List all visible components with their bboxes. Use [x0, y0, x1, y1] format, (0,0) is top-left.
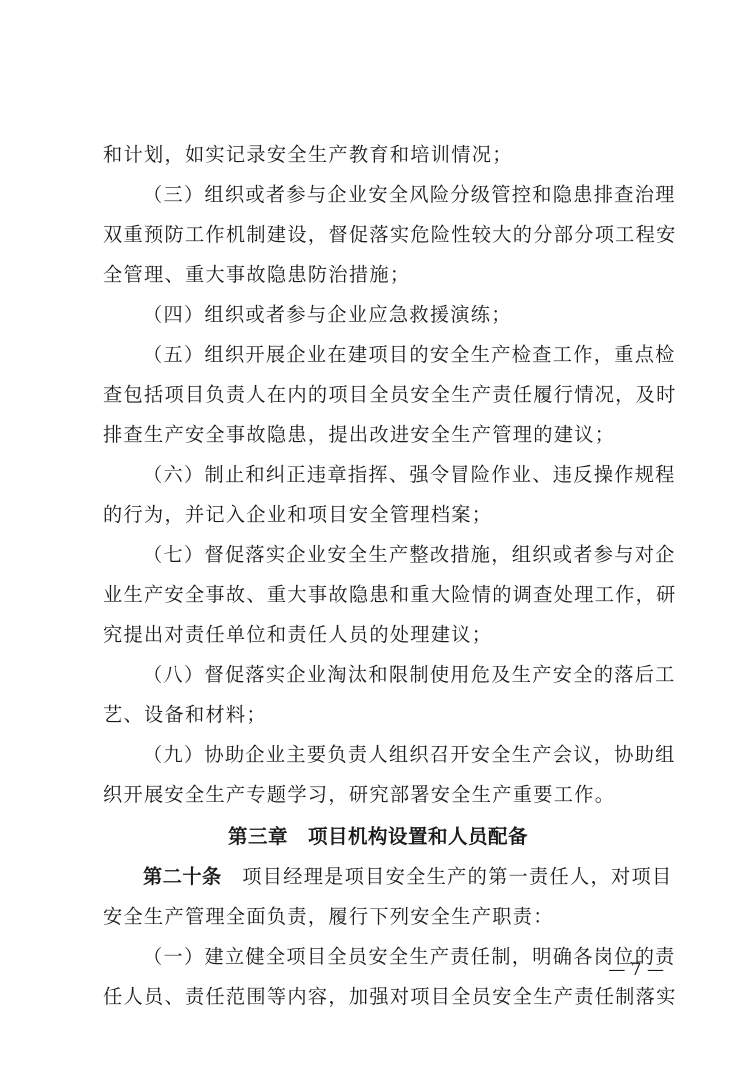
chapter-heading: 第三章 项目机构设置和人员配备: [0, 823, 756, 851]
text-line: 和计划，如实记录安全生产教育和培训情况；: [103, 141, 663, 169]
text-line: 艺、设备和材料；: [103, 701, 663, 729]
text-line: 双重预防工作机制建设，督促落实危险性较大的分部分项工程安: [103, 221, 663, 249]
text-line: （四）组织或者参与企业应急救援演练；: [143, 301, 663, 329]
text-line: 的行为，并记入企业和项目安全管理档案；: [103, 501, 663, 529]
article-text: 项目经理是项目安全生产的第一责任人，对项目: [222, 865, 673, 888]
text-line: 安全生产管理全面负责，履行下列安全生产职责：: [103, 903, 663, 931]
text-line: 究提出对责任单位和责任人员的处理建议；: [103, 621, 663, 649]
text-line: 全管理、重大事故隐患防治措施；: [103, 261, 663, 289]
text-line: 业生产安全事故、重大事故隐患和重大险情的调查处理工作，研: [103, 581, 663, 609]
article-first-line: 第二十条 项目经理是项目安全生产的第一责任人，对项目: [143, 863, 663, 891]
text-line: （六）制止和纠正违章指挥、强令冒险作业、违反操作规程: [143, 461, 663, 489]
text-line: 织开展安全生产专题学习，研究部署安全生产重要工作。: [103, 781, 663, 809]
text-line: （九）协助企业主要负责人组织召开安全生产会议，协助组: [143, 741, 663, 769]
article-label: 第二十条: [143, 865, 222, 888]
text-line: 查包括项目负责人在内的项目全员安全生产责任履行情况，及时: [103, 381, 663, 409]
text-line: 排查生产安全事故隐患，提出改进安全生产管理的建议；: [103, 421, 663, 449]
page-number: — 7 —: [600, 958, 664, 982]
text-line: 任人员、责任范围等内容，加强对项目全员安全生产责任制落实: [103, 983, 663, 1011]
text-line: （八）督促落实企业淘汰和限制使用危及生产安全的落后工: [143, 661, 663, 689]
text-line: （一）建立健全项目全员安全生产责任制，明确各岗位的责: [143, 943, 663, 971]
text-line: （三）组织或者参与企业安全风险分级管控和隐患排查治理: [143, 181, 663, 209]
text-line: （五）组织开展企业在建项目的安全生产检查工作，重点检: [143, 341, 663, 369]
text-line: （七）督促落实企业安全生产整改措施，组织或者参与对企: [143, 541, 663, 569]
document-page: 和计划，如实记录安全生产教育和培训情况； （三）组织或者参与企业安全风险分级管控…: [0, 0, 756, 1068]
